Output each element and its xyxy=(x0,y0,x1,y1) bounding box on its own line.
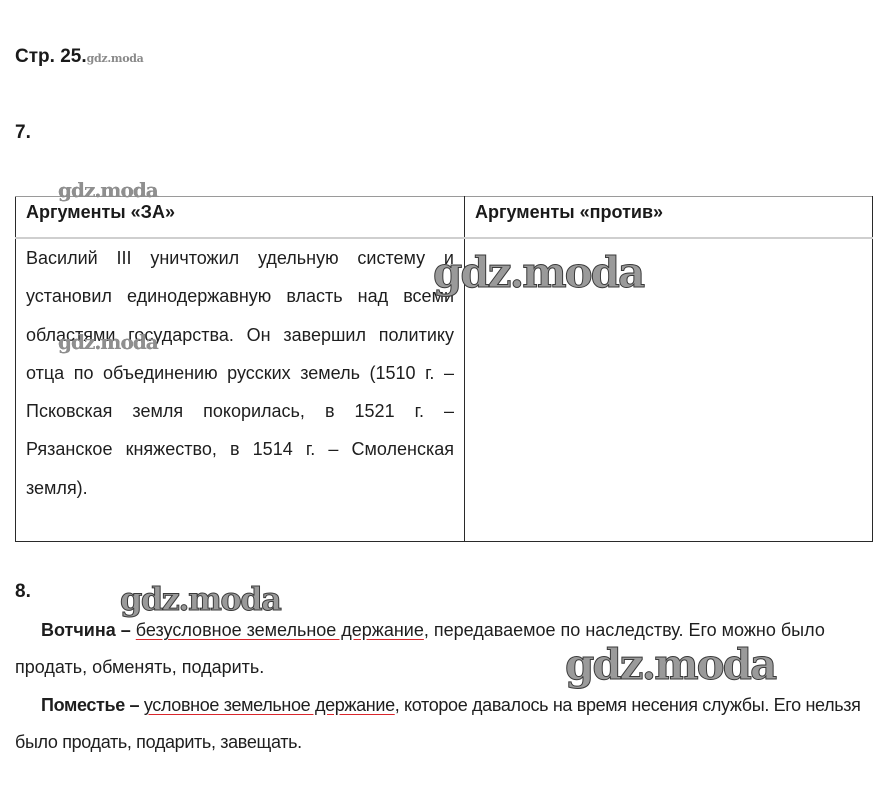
table-header-row: Аргументы «ЗА» Аргументы «против» xyxy=(16,197,873,239)
term-pomestie: Поместье xyxy=(41,695,125,715)
dash: – xyxy=(125,695,144,715)
definition-underlined: безусловное земельное держание xyxy=(136,620,424,640)
header-against: Аргументы «против» xyxy=(465,197,873,239)
cell-for: Василий III уничтожил удельную систему и… xyxy=(16,238,465,542)
dash: – xyxy=(116,620,136,640)
task-7-number: 7. xyxy=(15,121,31,145)
table-row: Василий III уничтожил удельную систему и… xyxy=(16,238,873,542)
definition-votchina: Вотчина – безусловное земельное держание… xyxy=(15,612,873,686)
definition-pomestie: Поместье – условное земельное держание, … xyxy=(15,687,873,761)
page-heading: Стр. 25.gdz.moda xyxy=(15,45,143,69)
page-number-label: Стр. 25. xyxy=(15,46,87,67)
arguments-table: Аргументы «ЗА» Аргументы «против» Васили… xyxy=(15,196,873,542)
definition-underlined: условное земельное держание xyxy=(144,695,395,715)
header-for: Аргументы «ЗА» xyxy=(16,197,465,239)
argument-for-text: Василий III уничтожил удельную систему и… xyxy=(16,239,464,507)
term-votchina: Вотчина xyxy=(41,620,116,640)
watermark-small: gdz.moda xyxy=(87,52,144,65)
cell-against xyxy=(465,238,873,542)
task-8-number: 8. xyxy=(15,580,31,604)
